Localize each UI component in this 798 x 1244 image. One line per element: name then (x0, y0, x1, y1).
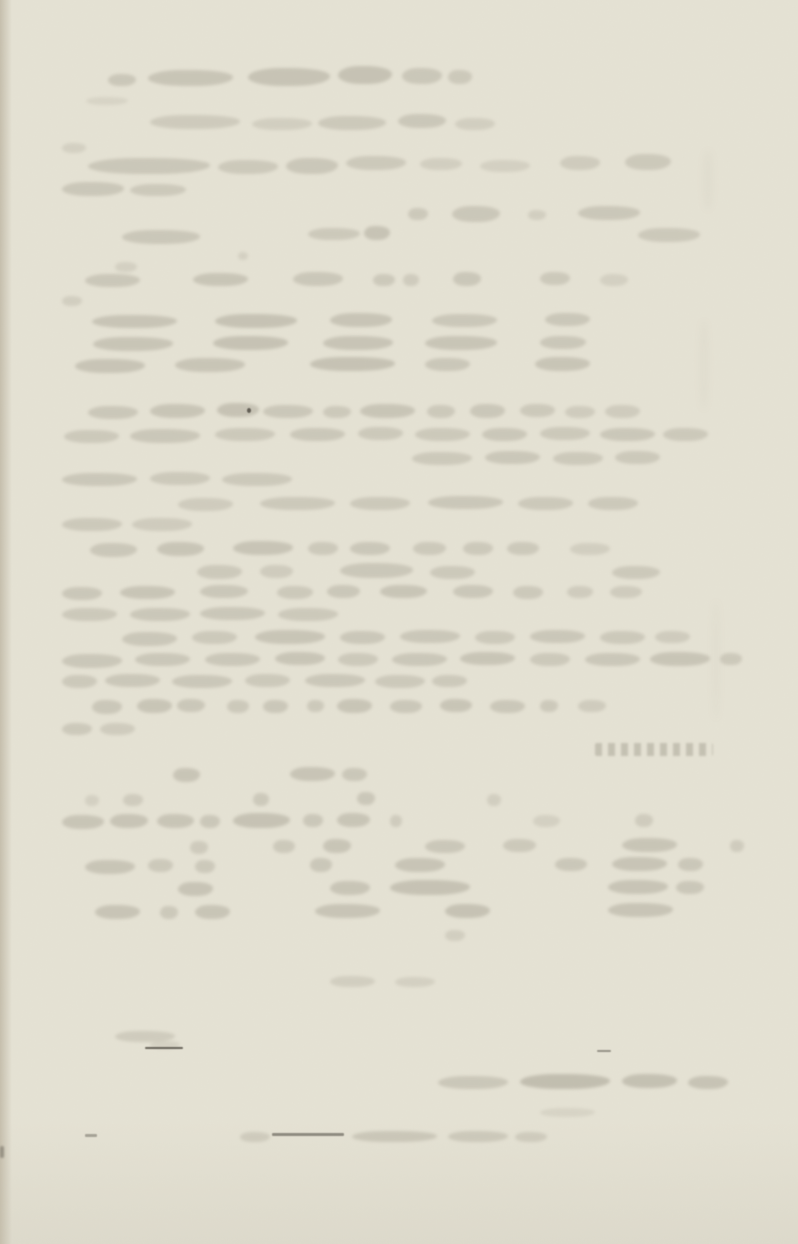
faded-text-smudge (85, 274, 140, 287)
faded-text-smudge (445, 930, 465, 941)
faded-text-smudge (255, 630, 325, 644)
faded-text-smudge (610, 586, 642, 598)
faded-text-smudge (452, 206, 500, 222)
faded-text-smudge (390, 700, 422, 713)
faded-text-smudge (62, 182, 124, 196)
faded-text-smudge (427, 405, 455, 418)
faded-text-smudge (178, 882, 213, 896)
faded-text-smudge (402, 68, 442, 84)
faded-text-smudge (430, 566, 475, 579)
faded-text-smudge (86, 97, 128, 105)
ink-rule (145, 1047, 183, 1049)
faded-text-smudge (403, 274, 419, 286)
faded-text-smudge (350, 497, 410, 510)
faded-text-smudge (390, 815, 402, 827)
faded-text-smudge (64, 430, 119, 443)
faded-text-smudge (608, 903, 673, 917)
faded-text-smudge (340, 631, 385, 644)
faded-text-smudge (190, 841, 208, 854)
faded-text-smudge (608, 880, 668, 894)
faded-text-smudge (413, 542, 446, 555)
faded-text-smudge (62, 296, 82, 306)
faded-text-smudge (233, 541, 293, 555)
faded-text-smudge (215, 428, 275, 441)
faded-text-smudge (200, 815, 220, 828)
faded-text-smudge (62, 815, 104, 829)
faded-text-smudge (600, 274, 628, 286)
faded-text-smudge (286, 158, 338, 174)
edge-speck (0, 1146, 4, 1158)
faded-text-smudge (482, 428, 527, 441)
faded-text-smudge (585, 653, 640, 666)
faded-text-smudge (217, 403, 259, 417)
faded-text-smudge (233, 813, 290, 828)
faded-text-smudge (177, 699, 205, 712)
faded-text-smudge (263, 700, 288, 713)
faded-text-smudge (160, 906, 178, 919)
faded-text-smudge (625, 154, 671, 170)
faded-text-smudge (308, 228, 360, 240)
faded-text-smudge (357, 792, 375, 805)
faded-text-smudge (62, 473, 137, 486)
faded-text-smudge (638, 228, 700, 242)
ink-dot (247, 408, 251, 413)
faded-text-smudge (137, 699, 172, 713)
faded-text-smudge (290, 767, 335, 781)
faded-text-smudge (487, 794, 501, 806)
faded-text-smudge (540, 700, 558, 712)
faded-text-smudge (95, 905, 140, 919)
faded-text-smudge (415, 428, 470, 441)
faded-text-smudge (520, 404, 555, 417)
faded-text-smudge (448, 70, 472, 84)
faded-text-smudge (395, 977, 435, 987)
faded-text-smudge (273, 840, 295, 853)
faded-text-smudge (123, 794, 143, 806)
faded-text-smudge (380, 585, 427, 598)
faded-text-smudge (337, 813, 370, 827)
faded-text-smudge (150, 404, 205, 418)
faded-text-smudge (227, 700, 249, 713)
faded-text-smudge (252, 118, 312, 130)
faded-text-smudge (157, 542, 204, 556)
faded-text-smudge (545, 313, 590, 326)
faded-text-smudge (122, 632, 177, 646)
faded-text-smudge (197, 565, 242, 579)
faded-text-smudge (62, 654, 122, 668)
faded-text-smudge (62, 143, 86, 153)
faded-text-smudge (92, 700, 122, 714)
faded-text-smudge (342, 768, 367, 781)
signature-smudge (622, 1074, 677, 1088)
faded-text-smudge (175, 358, 245, 372)
faded-text-smudge (277, 586, 313, 599)
faded-text-smudge (338, 653, 378, 666)
faded-text-smudge (600, 631, 645, 644)
faded-text-smudge (150, 472, 210, 485)
faded-text-smudge (120, 586, 175, 599)
faded-text-smudge (157, 814, 194, 828)
faded-text-smudge (148, 859, 173, 872)
faded-text-smudge (453, 272, 481, 286)
faded-text-smudge (398, 114, 446, 128)
scanned-page: Heavily faded scan of a typewritten page… (0, 0, 798, 1244)
faded-text-smudge (655, 631, 690, 643)
faded-text-smudge (440, 699, 472, 712)
faded-text-smudge (678, 858, 703, 871)
faded-text-layer (0, 0, 798, 1244)
ink-rule (85, 1134, 97, 1137)
faded-text-smudge (503, 839, 536, 852)
faded-text-smudge (555, 858, 587, 871)
faded-text-smudge (100, 723, 135, 735)
faded-text-smudge (390, 880, 470, 895)
dotted-code-smudge (595, 743, 713, 756)
footer-smudge (448, 1131, 508, 1142)
faded-text-smudge (445, 904, 490, 918)
faded-text-smudge (535, 357, 590, 371)
faded-text-smudge (428, 496, 503, 509)
faded-text-smudge (578, 700, 606, 712)
faded-text-smudge (392, 653, 447, 666)
faded-text-smudge (455, 118, 495, 130)
faded-text-smudge (338, 66, 392, 84)
faded-text-smudge (115, 262, 137, 272)
faded-text-smudge (663, 428, 708, 441)
faded-text-smudge (62, 518, 122, 531)
faded-text-smudge (263, 405, 313, 418)
faded-text-smudge (215, 314, 297, 328)
faded-text-smudge (130, 429, 200, 443)
faded-text-smudge (248, 68, 330, 86)
faded-text-smudge (540, 272, 570, 285)
faded-text-smudge (528, 210, 546, 220)
faded-text-smudge (612, 566, 660, 579)
faded-text-smudge (245, 674, 290, 687)
signature-smudge (688, 1076, 728, 1089)
faded-text-smudge (62, 587, 102, 600)
faded-text-smudge (148, 70, 233, 86)
faded-text-smudge (310, 357, 395, 371)
faded-text-smudge (395, 858, 445, 872)
faded-text-smudge (135, 653, 190, 666)
faded-text-smudge (412, 452, 472, 465)
faded-text-smudge (315, 904, 380, 918)
faded-text-smudge (565, 406, 595, 418)
faded-text-smudge (290, 428, 345, 441)
faded-text-smudge (193, 273, 248, 286)
footer-smudge (352, 1131, 437, 1142)
faded-text-smudge (453, 585, 493, 598)
footer-smudge (515, 1132, 547, 1142)
faded-text-smudge (612, 857, 667, 871)
faded-text-smudge (222, 473, 292, 486)
faded-text-smudge (178, 498, 233, 511)
faded-text-smudge (360, 404, 415, 418)
faded-text-smudge (485, 451, 540, 464)
faded-text-smudge (105, 674, 160, 687)
faded-text-smudge (507, 542, 539, 555)
faded-text-smudge (130, 608, 190, 621)
faded-text-smudge (307, 700, 324, 712)
faded-text-smudge (408, 208, 428, 220)
faded-text-smudge (62, 608, 117, 621)
faded-text-smudge (192, 631, 237, 644)
faded-text-smudge (578, 206, 640, 220)
faded-text-smudge (373, 274, 395, 286)
faded-text-smudge (62, 723, 92, 735)
faded-text-smudge (533, 815, 560, 827)
faded-text-smudge (218, 160, 278, 174)
faded-text-smudge (150, 115, 240, 129)
faded-text-smudge (200, 607, 265, 620)
faded-text-smudge (260, 497, 335, 510)
faded-text-smudge (358, 427, 403, 440)
faded-text-smudge (730, 840, 744, 852)
faded-text-smudge (305, 674, 365, 687)
faded-text-smudge (490, 700, 525, 713)
faded-text-smudge (75, 359, 145, 373)
footer-smudge (240, 1132, 270, 1142)
faded-text-smudge (350, 542, 390, 555)
faded-text-smudge (567, 586, 593, 598)
faded-text-smudge (475, 631, 515, 644)
faded-text-smudge (110, 814, 148, 828)
faded-text-smudge (323, 336, 393, 350)
faded-text-smudge (310, 858, 332, 872)
faded-text-smudge (420, 158, 462, 170)
ink-rule (597, 1050, 611, 1052)
scan-streak (712, 600, 720, 720)
faded-text-smudge (513, 586, 543, 599)
faded-text-smudge (90, 543, 137, 557)
faded-text-smudge (205, 653, 260, 666)
faded-text-smudge (615, 451, 660, 464)
faded-text-smudge (253, 793, 269, 806)
faded-text-smudge (425, 840, 465, 853)
faded-text-smudge (540, 427, 590, 440)
faded-text-smudge (330, 881, 370, 895)
signature-smudge (520, 1074, 610, 1089)
faded-text-smudge (588, 497, 638, 510)
faded-text-smudge (432, 314, 497, 327)
faded-text-smudge (88, 158, 210, 174)
faded-text-smudge (62, 675, 97, 688)
scan-streak (703, 150, 713, 210)
faded-text-smudge (238, 252, 248, 260)
faded-text-smudge (470, 404, 505, 418)
faded-text-smudge (213, 336, 288, 350)
faded-text-smudge (93, 337, 173, 351)
faded-text-smudge (92, 315, 177, 328)
faded-text-smudge (540, 1108, 595, 1117)
faded-text-smudge (553, 452, 603, 465)
faded-text-smudge (85, 860, 135, 874)
faded-text-smudge (676, 881, 704, 894)
faded-text-smudge (278, 608, 338, 621)
faded-text-smudge (108, 74, 136, 86)
faded-text-smudge (340, 563, 413, 578)
faded-text-smudge (293, 272, 343, 286)
faded-text-smudge (480, 160, 530, 172)
faded-text-smudge (425, 336, 497, 350)
faded-text-smudge (85, 795, 99, 806)
faded-text-smudge (650, 652, 710, 666)
faded-text-smudge (622, 838, 677, 852)
faded-text-smudge (560, 156, 600, 170)
faded-text-smudge (463, 542, 493, 555)
faded-text-smudge (530, 630, 585, 643)
faded-text-smudge (570, 543, 610, 555)
faded-text-smudge (172, 675, 232, 688)
faded-text-smudge (720, 653, 742, 665)
faded-text-smudge (460, 652, 515, 665)
faded-text-smudge (600, 428, 655, 441)
faded-text-smudge (425, 358, 470, 371)
faded-text-smudge (122, 230, 200, 244)
faded-text-smudge (323, 839, 351, 853)
faded-text-smudge (635, 814, 653, 827)
faded-text-smudge (540, 336, 586, 349)
faded-text-smudge (400, 630, 460, 643)
faded-text-smudge (330, 976, 375, 987)
faded-text-smudge (318, 116, 386, 130)
signature-smudge (438, 1076, 508, 1089)
faded-text-smudge (132, 518, 192, 531)
faded-text-smudge (327, 585, 360, 598)
faded-text-smudge (530, 653, 570, 666)
faded-text-smudge (195, 905, 230, 919)
faded-text-smudge (200, 585, 248, 598)
faded-text-smudge (337, 699, 372, 713)
faded-text-smudge (346, 156, 406, 170)
faded-text-smudge (518, 497, 573, 510)
faded-text-smudge (195, 860, 215, 873)
ink-rule (272, 1133, 344, 1136)
faded-text-smudge (130, 184, 186, 196)
faded-text-smudge (88, 406, 138, 419)
faded-text-smudge (308, 542, 338, 555)
faded-text-smudge (275, 652, 325, 665)
faded-text-smudge (173, 768, 200, 782)
faded-text-smudge (432, 675, 467, 687)
faded-text-smudge (323, 406, 351, 418)
scan-streak (700, 320, 708, 410)
faded-text-smudge (303, 814, 323, 827)
faded-text-smudge (375, 675, 425, 688)
faded-text-smudge (364, 226, 390, 240)
faded-text-smudge (260, 565, 293, 578)
faded-text-smudge (605, 405, 640, 418)
faded-text-smudge (330, 313, 392, 327)
